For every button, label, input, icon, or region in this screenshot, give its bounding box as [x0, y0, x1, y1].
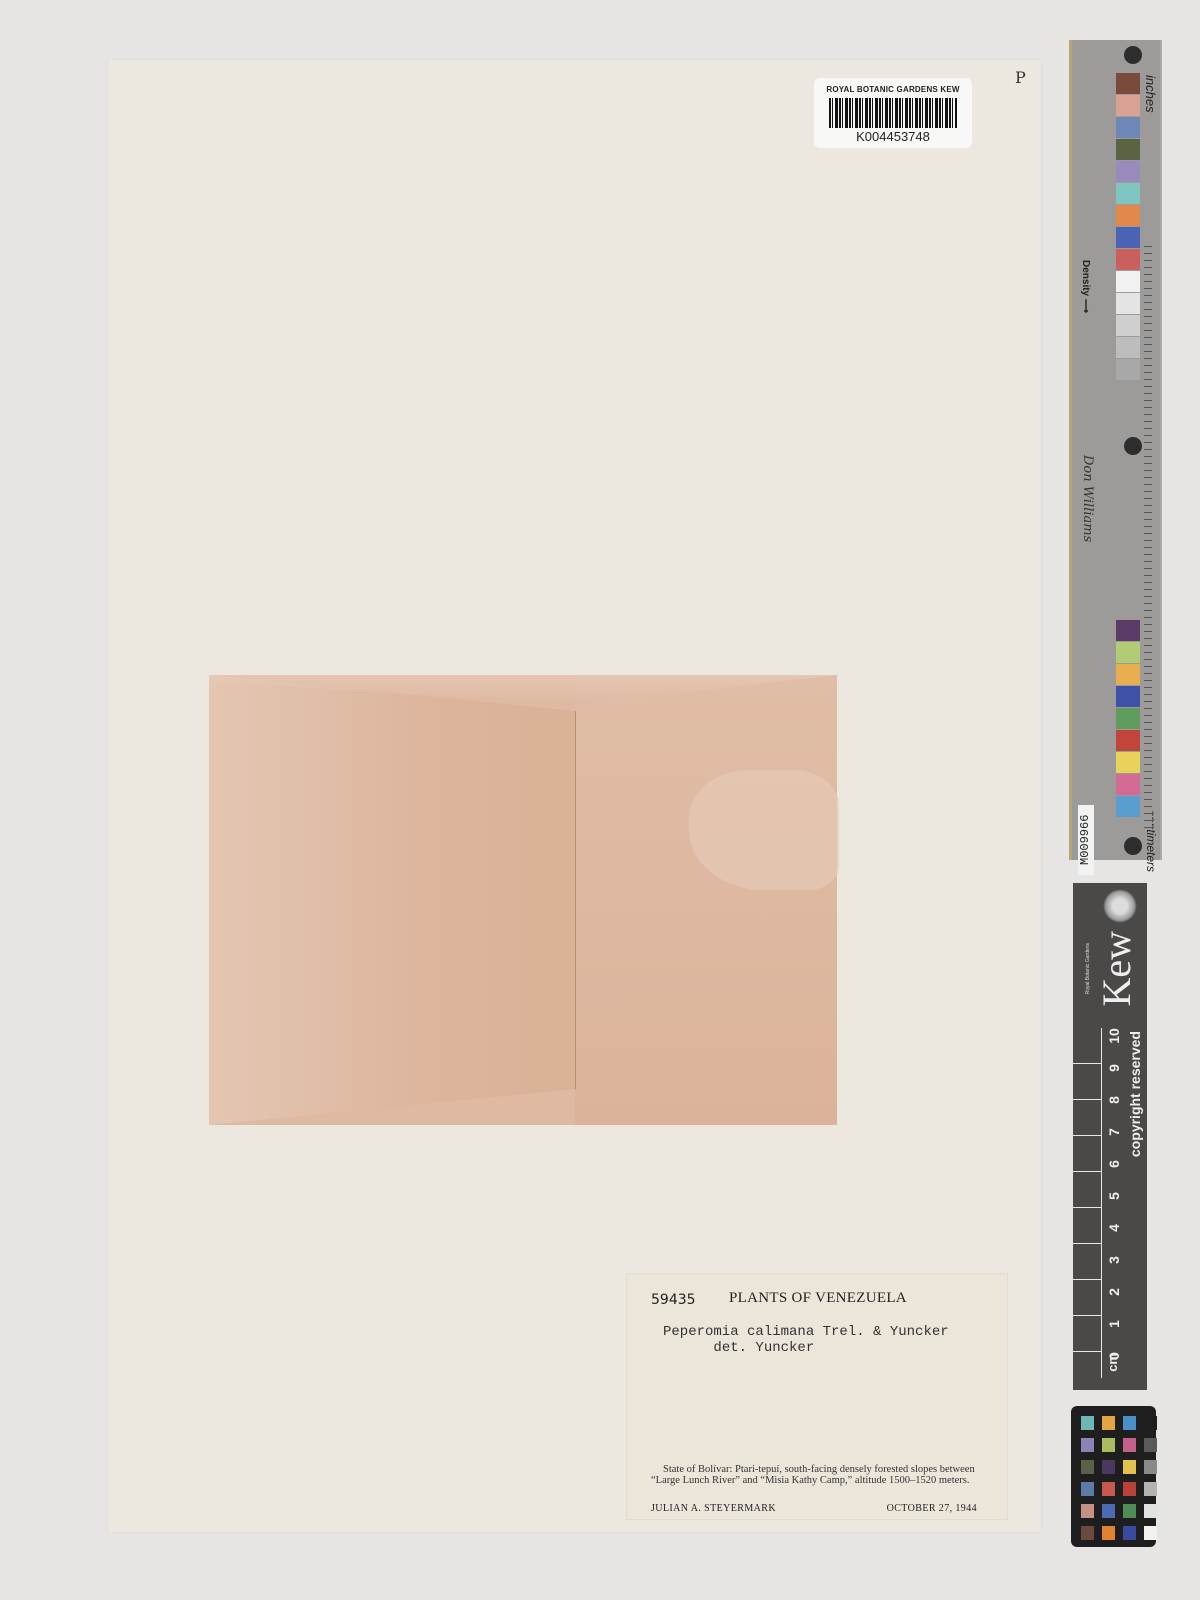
color-swatch [1102, 1504, 1115, 1518]
label-title: PLANTS OF VENEZUELA [729, 1290, 907, 1307]
institution-name: ROYAL BOTANIC GARDENS KEW [814, 85, 972, 94]
cm-digit: 1 [1106, 1315, 1122, 1333]
specimen-envelope [209, 675, 837, 1125]
color-swatch [1102, 1526, 1115, 1540]
kew-subtitle: Royal Botanic Gardens [1085, 943, 1091, 994]
color-swatch [1081, 1460, 1094, 1474]
color-swatch [1102, 1482, 1115, 1496]
barcode-icon [829, 98, 957, 128]
copyright-text: copyright reserved [1127, 1031, 1143, 1157]
color-swatch [1116, 359, 1140, 380]
color-swatch [1116, 95, 1140, 116]
cm-digit: 6 [1106, 1155, 1122, 1173]
inches-label: inches [1143, 75, 1158, 113]
envelope-flap [209, 675, 576, 1125]
hole-icon [1124, 46, 1142, 64]
color-swatches-bottom [1116, 620, 1140, 818]
color-swatch [1116, 161, 1140, 182]
collection-number: 59435 [651, 1292, 696, 1308]
handwritten-mark: P [1015, 68, 1026, 87]
color-swatch [1116, 73, 1140, 94]
color-checker-card [1071, 1406, 1156, 1547]
color-swatch [1081, 1482, 1094, 1496]
color-swatch [1116, 183, 1140, 204]
color-swatch [1081, 1526, 1094, 1540]
cm-digit: 8 [1106, 1091, 1122, 1109]
color-swatch [1123, 1526, 1136, 1540]
envelope-right-panel [575, 675, 837, 1125]
color-swatch [1081, 1504, 1094, 1518]
cm-digit: 7 [1106, 1123, 1122, 1141]
color-swatch [1116, 664, 1140, 685]
color-swatch [1116, 730, 1140, 751]
color-swatch [1123, 1482, 1136, 1496]
color-swatch [1144, 1526, 1157, 1540]
color-swatch [1116, 796, 1140, 817]
collector-name: JULIAN A. STEYERMARK [651, 1503, 776, 1514]
color-swatch [1123, 1438, 1136, 1452]
color-swatch [1116, 249, 1140, 270]
hole-icon [1124, 837, 1142, 855]
cm-digits: 109876543210 [1105, 1028, 1123, 1368]
cm-digit: 10 [1106, 1027, 1122, 1045]
color-swatch [1116, 227, 1140, 248]
collection-date: OCTOBER 27, 1944 [887, 1503, 977, 1514]
color-swatch [1123, 1460, 1136, 1474]
color-swatch [1116, 205, 1140, 226]
color-swatch [1081, 1438, 1094, 1452]
color-swatch [1123, 1504, 1136, 1518]
locality-text: State of Bolívar: Ptari-tepuí, south-fac… [651, 1464, 991, 1486]
color-swatch [1144, 1460, 1157, 1474]
scale-code: M009966 [1078, 805, 1094, 875]
color-swatch [1116, 708, 1140, 729]
color-swatch [1116, 752, 1140, 773]
hole-icon [1124, 437, 1142, 455]
color-checker-grid [1081, 1416, 1157, 1540]
color-swatch [1102, 1460, 1115, 1474]
color-swatch [1081, 1416, 1094, 1430]
ruler-ticks [1144, 240, 1152, 830]
barcode-number: K004453748 [814, 129, 972, 144]
density-label: Density ⟶ [1080, 260, 1091, 313]
color-swatch [1116, 774, 1140, 795]
envelope-stain [689, 770, 839, 890]
cm-ruler [1073, 1028, 1102, 1378]
color-swatch [1123, 1416, 1136, 1430]
color-swatch [1116, 642, 1140, 663]
collection-label: 59435 PLANTS OF VENEZUELA Peperomia cali… [626, 1273, 1008, 1520]
color-swatch [1144, 1504, 1157, 1518]
color-swatches [1116, 73, 1140, 381]
color-swatch [1116, 117, 1140, 138]
color-swatch [1116, 271, 1140, 292]
taxon-name: Peperomia calimana Trel. & Yuncker det. … [663, 1324, 949, 1356]
color-swatch [1102, 1416, 1115, 1430]
crest-icon [1103, 889, 1137, 923]
color-swatch [1144, 1482, 1157, 1496]
color-swatch [1116, 293, 1140, 314]
cm-digit: 2 [1106, 1283, 1122, 1301]
color-swatch [1116, 315, 1140, 336]
color-density-scale: inches Density ⟶ Don Williams M009966 ce… [1069, 40, 1162, 860]
kew-logo: Kew [1093, 931, 1140, 1007]
cm-digit: 5 [1106, 1187, 1122, 1205]
kew-scale-bar: Royal Botanic Gardens Kew copyright rese… [1073, 883, 1147, 1390]
color-swatch [1144, 1438, 1157, 1452]
color-swatch [1116, 139, 1140, 160]
maker-label: Don Williams [1080, 455, 1095, 542]
color-swatch [1102, 1438, 1115, 1452]
taxon-line: Peperomia calimana Trel. & Yuncker [663, 1324, 949, 1340]
cm-digit: 3 [1106, 1251, 1122, 1269]
color-swatch [1116, 686, 1140, 707]
barcode-label: ROYAL BOTANIC GARDENS KEW K004453748 [814, 78, 972, 148]
color-swatch [1116, 620, 1140, 641]
cm-digit: 4 [1106, 1219, 1122, 1237]
color-swatch [1144, 1416, 1157, 1430]
determiner-line: det. Yuncker [713, 1340, 814, 1356]
color-swatch [1116, 337, 1140, 358]
cm-unit: cm [1105, 1353, 1120, 1372]
cm-digit: 9 [1106, 1059, 1122, 1077]
